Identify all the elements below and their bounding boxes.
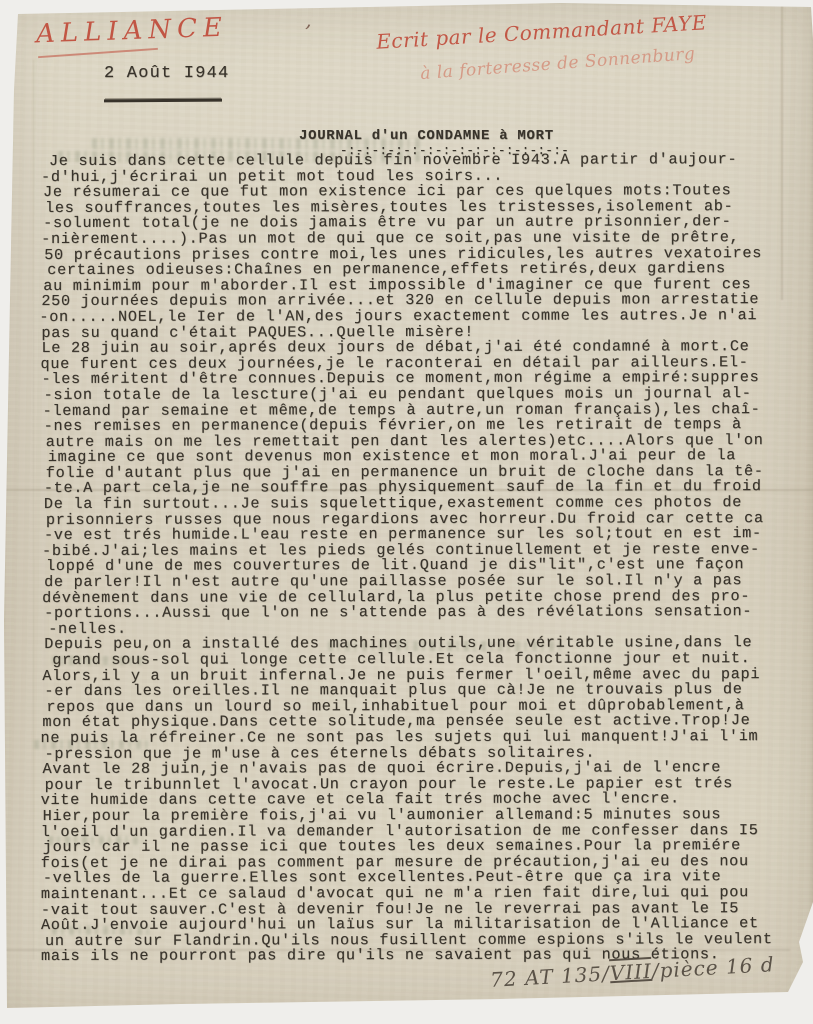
date-underline-rule	[104, 99, 222, 103]
paper-sheet: ALLIANCE ’ Ecrit par le Commandant FAYE …	[0, 0, 813, 1024]
annotation-author-credit-line2: à la forteresse de Sonnenburg	[420, 44, 696, 84]
document-date: 2 Août I944	[104, 64, 229, 83]
annotation-alliance-underline	[38, 48, 158, 58]
annotation-author-credit-line1: Ecrit par le Commandant FAYE	[376, 10, 708, 54]
document-title: JOURNAL d'un CONDAMNE à MORT	[299, 128, 554, 144]
typed-line: -portions...Aussi que l'on ne s'attende …	[44, 604, 800, 622]
scanned-document: ALLIANCE ’ Ecrit par le Commandant FAYE …	[0, 0, 813, 1024]
vertical-crease	[33, 60, 34, 960]
annotation-alliance: ALLIANCE	[36, 13, 229, 50]
annotation-tick-mark: ’	[302, 20, 312, 45]
archive-reference-roman: VIII	[609, 959, 652, 985]
archive-reference-prefix: 72 AT 135/	[490, 961, 611, 992]
typed-body: Je suis dans cette cellule depuis fin no…	[39, 152, 801, 965]
